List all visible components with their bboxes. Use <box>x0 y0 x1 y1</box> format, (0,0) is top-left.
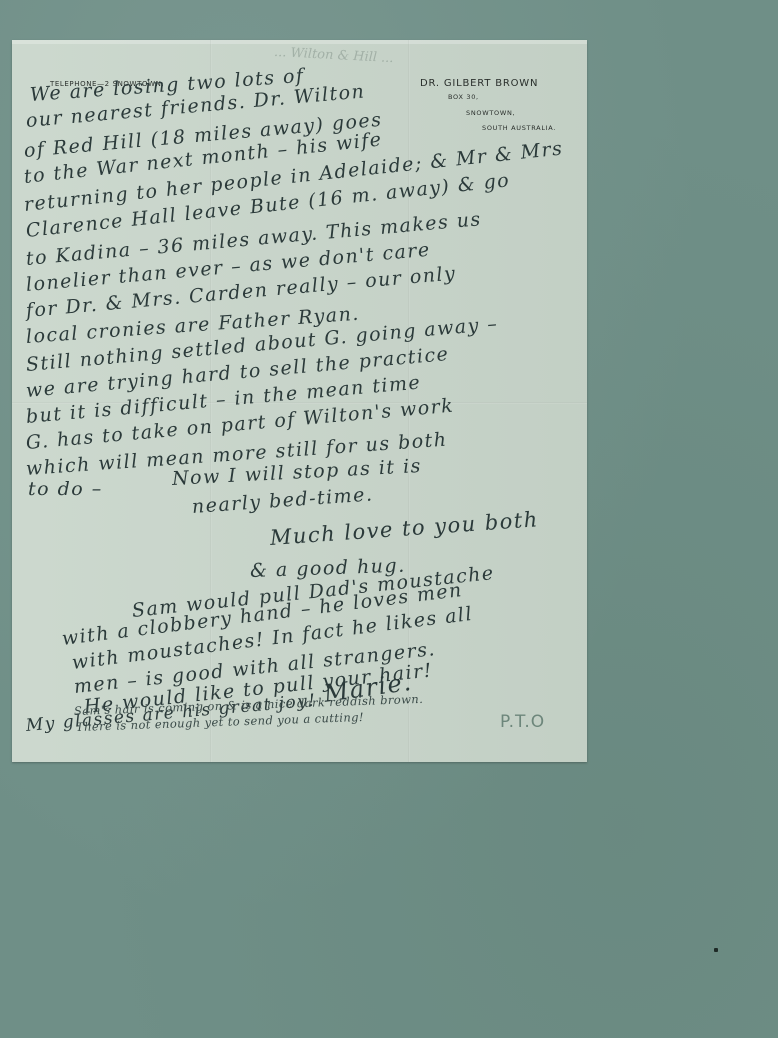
letterhead-block: Dr. Gilbert Brown Box 30, Snowtown, Sout… <box>420 78 538 89</box>
body-line: to do – <box>28 478 103 500</box>
letterhead-box: Box 30, <box>448 93 479 101</box>
faint-pencil-note: ... Wilton & Hill ... <box>274 45 394 66</box>
letterhead-town: Snowtown, <box>466 109 515 117</box>
closing-line: nearly bed-time. <box>191 483 374 518</box>
closing-line: Much love to you both <box>269 507 539 550</box>
letter-sheet: ... Wilton & Hill ... Telephone—2 Snowto… <box>12 40 587 762</box>
dust-speck <box>714 948 718 952</box>
pto-mark: P.T.O <box>500 712 545 732</box>
letterhead-state: South Australia. <box>482 124 556 132</box>
letterhead-name: Dr. Gilbert Brown <box>420 78 538 89</box>
